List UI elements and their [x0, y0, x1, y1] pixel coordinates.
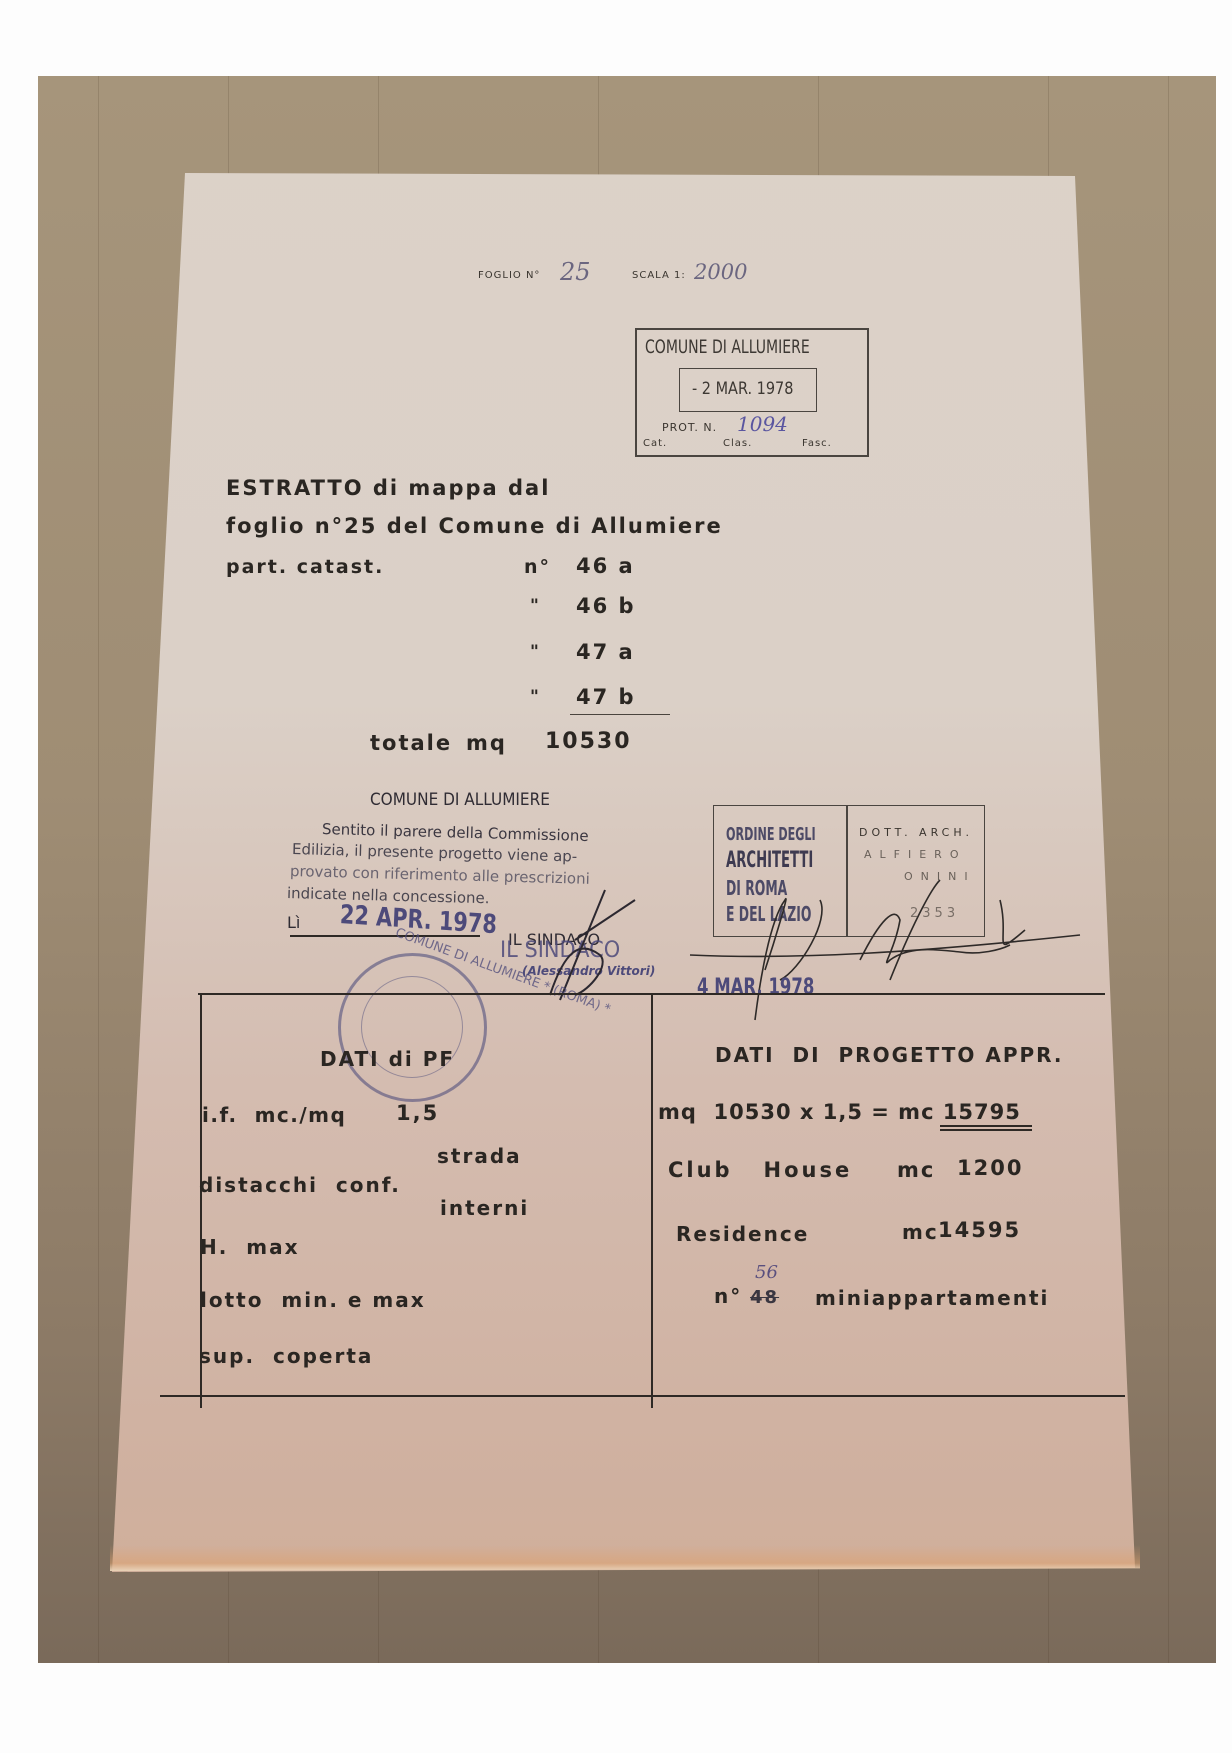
li-label: Lì [287, 913, 300, 932]
clas-label: Clas. [723, 438, 752, 449]
apartments-prefix: n° [714, 1284, 742, 1308]
protocol-date-box: - 2 MAR. 1978 [679, 368, 817, 412]
extract-line-2: foglio n°25 del Comune di Allumiere [226, 514, 723, 538]
volume-double-underline [940, 1129, 1032, 1131]
total-label: totale [370, 731, 452, 755]
sum-underline [570, 714, 670, 715]
right-column-title: DATI DI PROGETTO APPR. [715, 1043, 1064, 1067]
distacchi-label: distacchi conf. [199, 1173, 401, 1197]
distacchi-interni: interni [440, 1196, 529, 1220]
apartments-struck-count: 48 [750, 1287, 779, 1308]
round-seal: COMUNE DI ALLUMIERE * (ROMA) * [338, 953, 487, 1102]
table-bottom-border [160, 1395, 1125, 1397]
architect-order-line: ORDINE DEGLI [726, 824, 816, 845]
architect-stamp-date: 4 MAR. 1978 [697, 975, 814, 1000]
foglio-value: 25 [560, 258, 591, 286]
protocol-stamp: COMUNE DI ALLUMIERE - 2 MAR. 1978 PROT. … [635, 328, 869, 457]
parcel-prefix: " [530, 642, 541, 662]
lotto-label: lotto min. e max [200, 1288, 426, 1312]
parcel-value: 46 a [576, 554, 635, 578]
parcels-label: part. catast. [226, 556, 384, 578]
extract-line-1: ESTRATTO di mappa dal [226, 476, 550, 500]
left-column-title: DATI di PF [320, 1047, 455, 1071]
approval-stamp-title: COMUNE DI ALLUMIERE [370, 790, 550, 810]
architect-title: DOTT. ARCH. [859, 826, 973, 839]
club-house-unit: mc [897, 1158, 935, 1182]
volume-underline [940, 1125, 1032, 1127]
distacchi-strada: strada [437, 1144, 522, 1168]
parcel-prefix: " [530, 596, 541, 616]
protocol-stamp-title: COMUNE DI ALLUMIERE [645, 336, 810, 358]
if-value: 1,5 [396, 1101, 439, 1125]
sheet-bottom-edge [110, 1545, 1140, 1571]
architect-signature [680, 860, 1100, 1060]
sup-coperta-label: sup. coperta [199, 1344, 373, 1368]
prot-value: 1094 [737, 412, 788, 436]
apartments-label: miniappartamenti [815, 1286, 1049, 1310]
parcel-value: 47 a [576, 640, 635, 664]
residence-value: 14595 [938, 1218, 1021, 1242]
parcel-value: 47 b [576, 685, 636, 709]
apartments-count: 56 [755, 1262, 778, 1283]
cat-label: Cat. [643, 438, 667, 449]
total-value: 10530 [545, 729, 632, 754]
club-house-label: Club House [668, 1158, 852, 1182]
h-max-label: H. max [200, 1235, 300, 1259]
foglio-label: FOGLIO N° [478, 270, 540, 281]
scala-label: SCALA 1: [632, 270, 686, 281]
table-column-divider [651, 993, 653, 1408]
total-unit: mq [466, 731, 507, 755]
prot-label: PROT. N. [662, 421, 717, 434]
parcel-value: 46 b [576, 594, 636, 618]
residence-label: Residence [676, 1222, 809, 1246]
residence-unit: mc [902, 1220, 939, 1244]
club-house-value: 1200 [957, 1156, 1023, 1180]
scala-value: 2000 [694, 260, 747, 284]
volume-calculation: mq 10530 x 1,5 = mc 15795 [658, 1100, 1021, 1124]
if-label: i.f. mc./mq [202, 1103, 346, 1127]
fasc-label: Fasc. [802, 438, 832, 449]
parcel-prefix: " [530, 687, 541, 707]
parcel-prefix: n° [524, 556, 551, 578]
protocol-date: - 2 MAR. 1978 [692, 379, 793, 399]
